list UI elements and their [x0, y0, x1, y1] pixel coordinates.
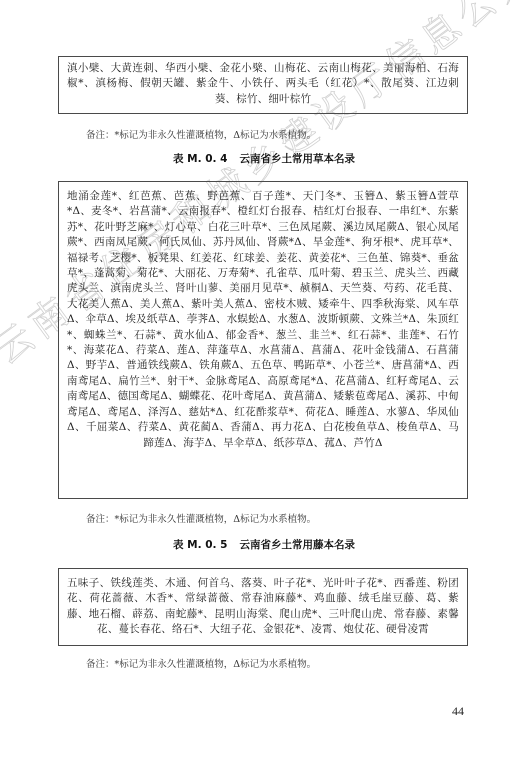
caption-code: 表 M. 0. 5: [173, 539, 228, 551]
table-vines: 五味子、铁线莲类、木通、何首乌、落葵、叶子花*、光叶叶子花*、西番莲、粉团花、荷…: [58, 568, 468, 646]
table-content: 五味子、铁线莲类、木通、何首乌、落葵、叶子花*、光叶叶子花*、西番莲、粉团花、荷…: [67, 577, 459, 635]
table-shrubs-continued: 滇小檗、大黄连刺、华西小檗、金花小檗、山梅花、云南山梅花、美丽海柏、石海椒*、滇…: [58, 56, 468, 114]
caption-title: 云南省乡土常用藤本名录: [240, 539, 356, 551]
table-content: 滇小檗、大黄连刺、华西小檗、金花小檗、山梅花、云南山梅花、美丽海柏、石海椒*、滇…: [67, 62, 459, 105]
table-note: 备注：*标记为非永久性灌溉植物，Δ标记为水系植物。: [86, 127, 316, 141]
page-number: 44: [452, 704, 464, 719]
table-content: 地涌金莲*、红芭蕉、芭蕉、野芭蕉、百子莲*、天门冬*、玉簪Δ、紫玉簪Δ萱草*Δ、…: [67, 190, 459, 449]
table-caption-m05: 表 M. 0. 5云南省乡土常用藤本名录: [0, 537, 528, 552]
table-note: 备注：*标记为非永久性灌溉植物，Δ标记为水系植物。: [86, 511, 316, 525]
caption-code: 表 M. 0. 4: [173, 153, 228, 165]
table-note: 备注：*标记为非永久性灌溉植物，Δ标记为水系植物。: [86, 656, 316, 670]
table-caption-m04: 表 M. 0. 4云南省乡土常用草本名录: [0, 151, 528, 166]
document-page: 云南省住房和城乡建设厅信息公开浏览专用 滇小檗、大黄连刺、华西小檗、金花小檗、山…: [0, 0, 528, 767]
caption-title: 云南省乡土常用草本名录: [240, 153, 356, 165]
table-herbs: 地涌金莲*、红芭蕉、芭蕉、野芭蕉、百子莲*、天门冬*、玉簪Δ、紫玉簪Δ萱草*Δ、…: [58, 181, 468, 499]
